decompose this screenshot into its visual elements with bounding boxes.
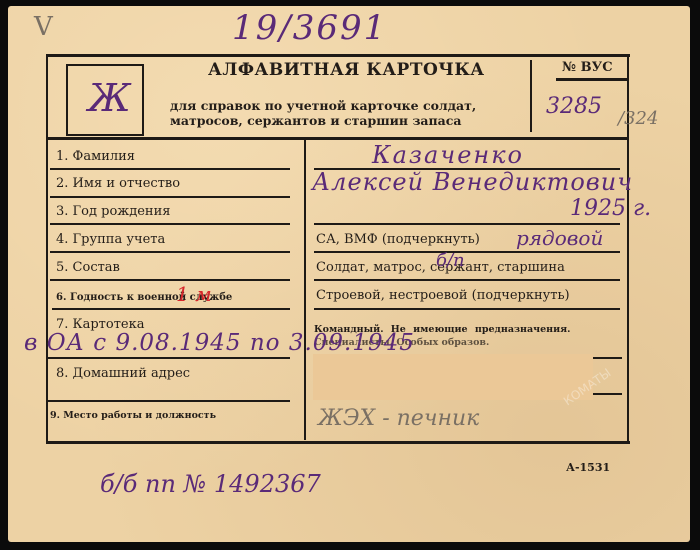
vus-divider <box>530 60 532 132</box>
card-subtitle-line1: для справок по учетной карточке солдат, <box>170 98 476 113</box>
form-code: А-1531 <box>566 461 610 474</box>
birth-year-value: 1925 г. <box>570 196 651 221</box>
vus-label: № ВУС <box>562 60 613 75</box>
row-rule-1 <box>50 168 290 170</box>
field-4-options: СА, ВМФ (подчеркнуть) <box>316 232 480 247</box>
field-4-label: 4. Группа учета <box>56 232 165 247</box>
field-5-label: 5. Состав <box>56 260 120 275</box>
right-rule-6 <box>314 308 620 310</box>
row-rule-2 <box>50 196 290 198</box>
fitness-value: 1 м <box>176 282 212 306</box>
name-patronymic-value: Алексей Венедиктович <box>312 168 633 196</box>
field-1-label: 1. Фамилия <box>56 149 135 164</box>
document-scan: V 19/3691 Ж АЛФАВИТНАЯ КАРТОЧКА для спра… <box>0 0 700 550</box>
bottom-note: б/б пп № 1492367 <box>100 470 321 498</box>
workplace-value: ЖЭХ - печник <box>318 406 479 431</box>
row-rule-7 <box>48 357 290 359</box>
group-value: рядовой <box>516 226 603 250</box>
vus-value: 3285 <box>546 94 602 119</box>
field-9-label: 9. Место работы и должность <box>50 410 216 421</box>
row-rule-5 <box>50 279 290 281</box>
column-divider <box>304 140 306 440</box>
check-mark: V <box>34 12 53 42</box>
right-rule-5 <box>314 279 620 281</box>
letter-box-letter: Ж <box>88 76 131 120</box>
right-rule-3 <box>314 223 620 225</box>
field-3-label: 3. Год рождения <box>56 204 170 219</box>
field-2-label: 2. Имя и отчество <box>56 176 180 191</box>
row-rule-3 <box>50 223 290 225</box>
vus-underline <box>556 78 628 81</box>
frame-bottom <box>46 441 630 444</box>
row-rule-6 <box>52 308 290 310</box>
field-8-label: 8. Домашний адрес <box>56 366 190 381</box>
header-rule <box>48 137 628 140</box>
right-rule-8 <box>590 393 622 395</box>
surname-value: Казаченко <box>372 141 524 169</box>
redacted-address <box>313 354 593 400</box>
row-rule-4 <box>50 251 290 253</box>
vus-pencil-value: /324 <box>618 108 658 129</box>
right-rule-7 <box>590 357 622 359</box>
registration-number: 19/3691 <box>232 8 387 48</box>
frame-left <box>46 54 48 444</box>
card-title: АЛФАВИТНАЯ КАРТОЧКА <box>208 60 485 80</box>
frame-top <box>46 54 630 57</box>
right-rule-4 <box>314 251 620 253</box>
file-service-value: в ОА с 9.08.1945 по 3.09.1945 <box>24 330 415 356</box>
card-subtitle-line2: матросов, сержантов и старшин запаса <box>170 113 461 128</box>
row-rule-8 <box>48 400 290 402</box>
composition-value: б/п <box>436 250 465 271</box>
field-6-options: Строевой, нестроевой (подчеркнуть) <box>316 288 570 303</box>
